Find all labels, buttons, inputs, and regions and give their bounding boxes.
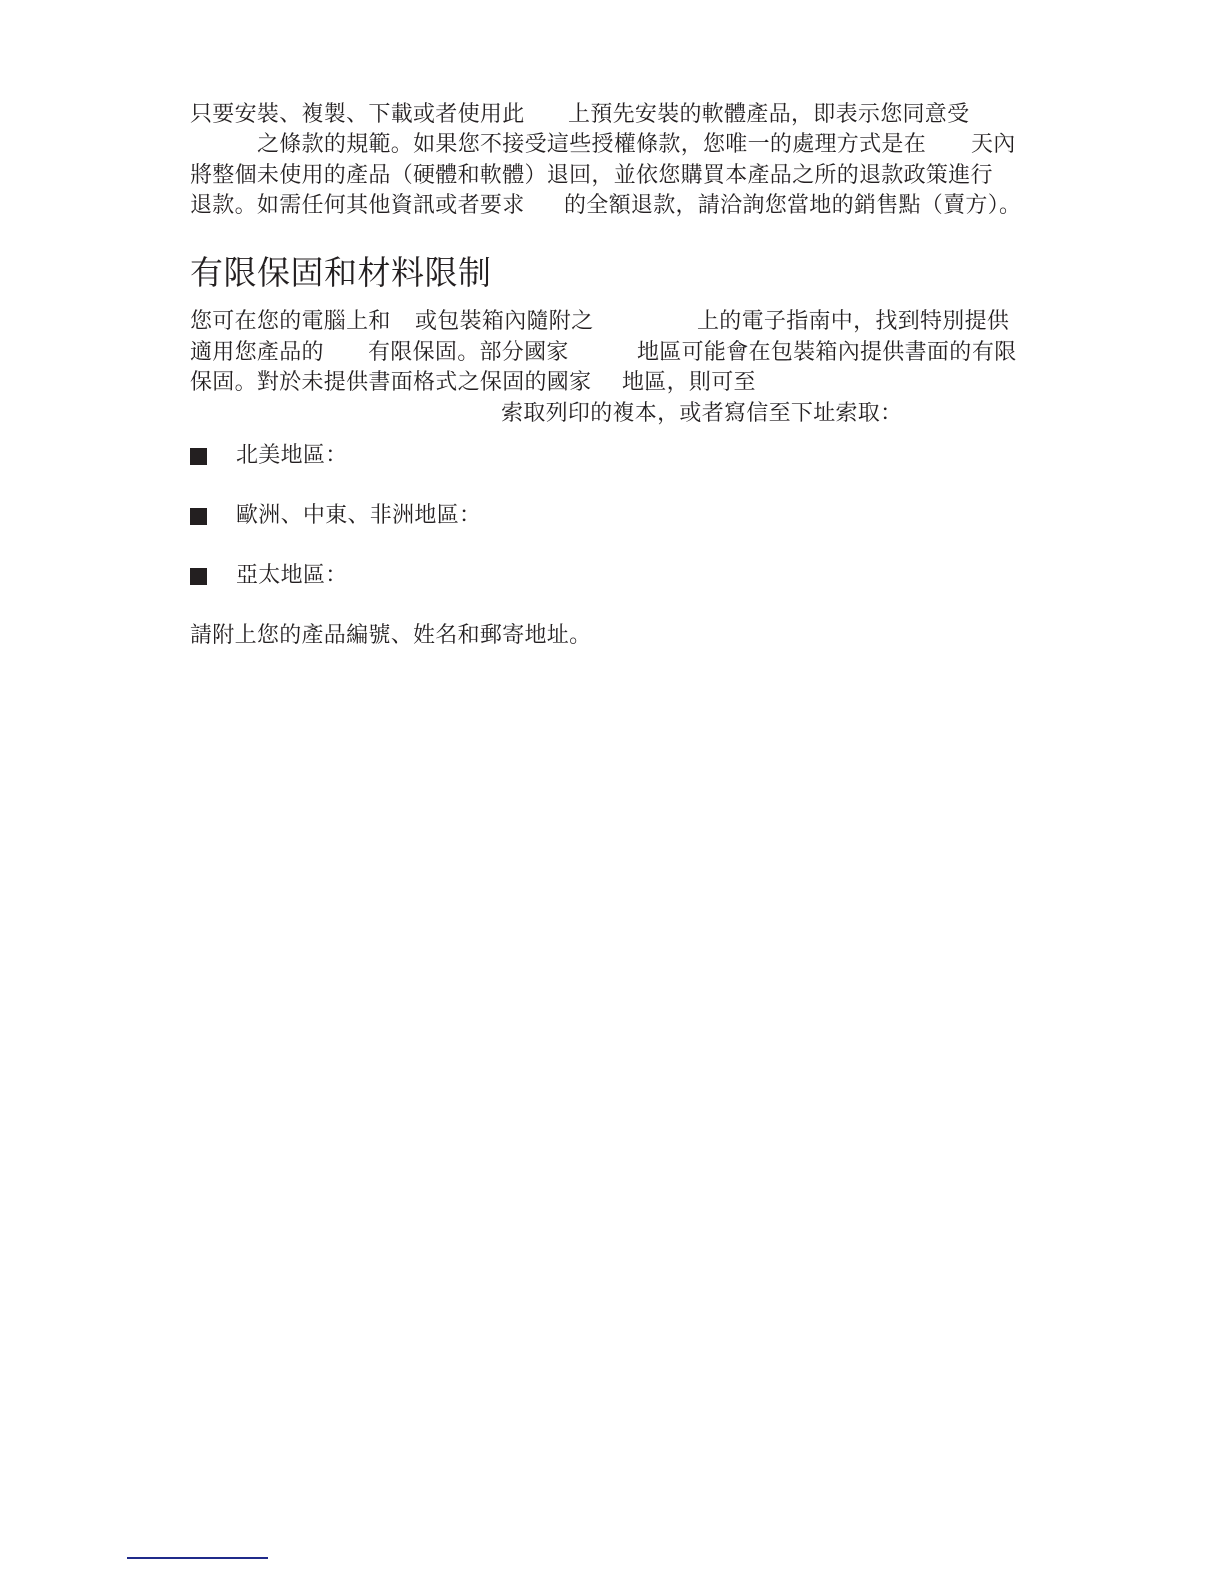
warranty-line-4: 索取列印的複本，或者寫信至下址索取： bbox=[190, 399, 219, 489]
intro-line-1-part-2: 上預先安裝的軟體產品，即表示您同意受 bbox=[568, 100, 969, 130]
warranty-line-1-part-2: 或包裝箱內隨附之 bbox=[415, 307, 593, 337]
closing-instruction: 請附上您的產品編號、姓名和郵寄地址。 bbox=[190, 621, 591, 651]
warranty-line-4-part-1: 索取列印的複本，或者寫信至下址索取： bbox=[501, 399, 902, 429]
intro-line-2-part-2: 天內 bbox=[971, 130, 1016, 160]
intro-line-1-part-1: 只要安裝、複製、下載或者使用此 bbox=[190, 100, 525, 130]
section-heading: 有限保固和材料限制 bbox=[190, 253, 492, 293]
region-label: 北美地區： bbox=[236, 441, 348, 471]
intro-line-4-part-1: 退款。如需任何其他資訊或者要求 bbox=[190, 191, 525, 221]
intro-line-2-part-1: 之條款的規範。如果您不接受這些授權條款，您唯一的處理方式是在 bbox=[257, 130, 926, 160]
intro-line-3-part-1: 將整個未使用的產品（硬體和軟體）退回，並依您購買本產品之所的退款政策進行 bbox=[190, 161, 993, 191]
warranty-line-2-part-3: 地區可能會在包裝箱內提供書面的 bbox=[637, 338, 972, 368]
footnote-divider bbox=[127, 1557, 268, 1559]
warranty-line-1-part-1: 您可在您的電腦上和 bbox=[190, 307, 391, 337]
warranty-line-2-part-4: 有限 bbox=[972, 338, 1017, 368]
intro-line-4: 退款。如需任何其他資訊或者要求 的全額退款，請洽詢您當地的銷售點（賣方）。 bbox=[190, 191, 219, 311]
intro-line-4-part-2: 的全額退款，請洽詢您當地的銷售點（賣方）。 bbox=[564, 191, 1021, 221]
bullet-square-icon bbox=[190, 508, 207, 525]
bullet-square-icon bbox=[190, 568, 207, 585]
warranty-line-3-part-1: 保固。對於未提供書面格式之保固的國家 bbox=[190, 368, 591, 398]
warranty-line-2-part-2: 有限保固。部分國家 bbox=[368, 338, 569, 368]
warranty-line-3-part-2: 地區，則可至 bbox=[622, 368, 756, 398]
region-label: 歐洲、中東、非洲地區： bbox=[236, 501, 481, 531]
bullet-square-icon bbox=[190, 448, 207, 465]
warranty-line-1-part-3: 上的電子指南中，找到特別提供 bbox=[697, 307, 1009, 337]
warranty-line-2-part-1: 適用您產品的 bbox=[190, 338, 324, 368]
region-label: 亞太地區： bbox=[236, 561, 348, 591]
